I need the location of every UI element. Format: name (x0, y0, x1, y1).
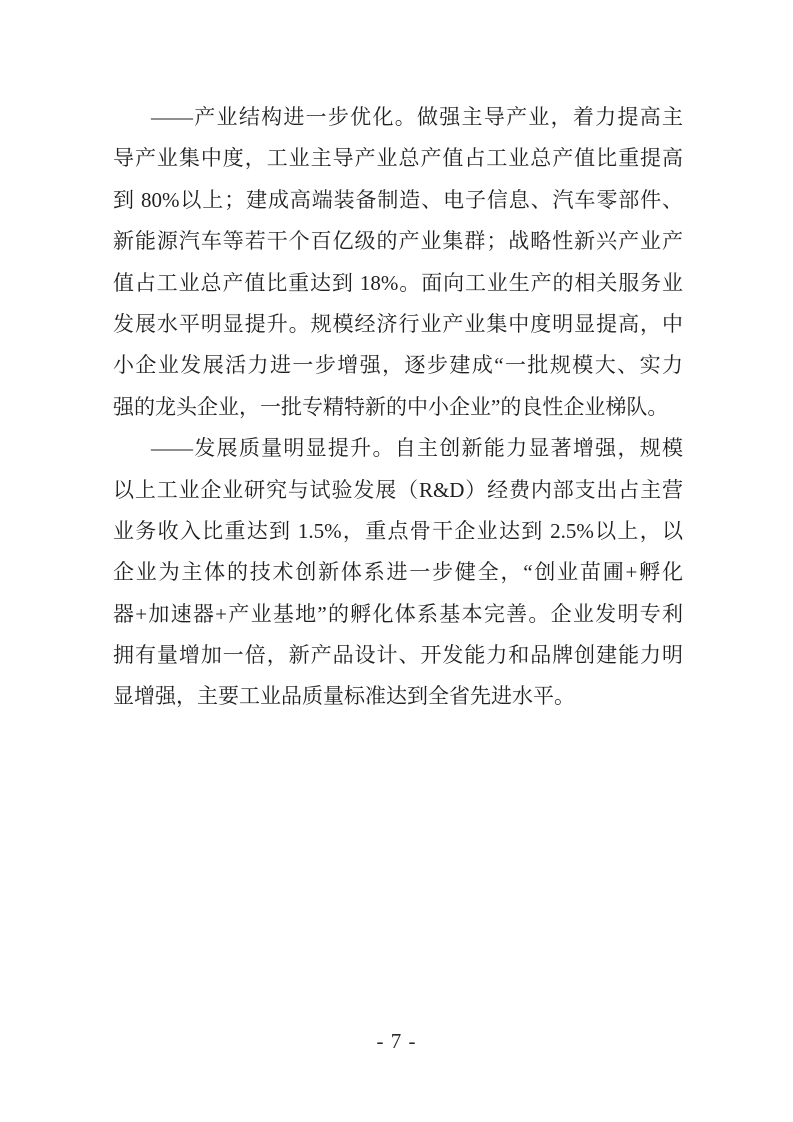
text-line: 显增强，主要工业品质量标准达到全省先进水平。 (113, 676, 683, 717)
text-line: 业务收入比重达到 1.5%，重点骨干企业达到 2.5%以上，以 (113, 511, 683, 552)
text-line: 以上工业企业研究与试验发展（R&D）经费内部支出占主营 (113, 470, 683, 511)
text-line: 器+加速器+产业基地”的孵化体系基本完善。企业发明专利 (113, 594, 683, 635)
text-line: 发展水平明显提升。规模经济行业产业集中度明显提高，中 (113, 304, 683, 345)
text-line: 新能源汽车等若干个百亿级的产业集群；战略性新兴产业产 (113, 221, 683, 262)
text-line: 小企业发展活力进一步增强，逐步建成“一批规模大、实力 (113, 345, 683, 386)
text-line: 导产业集中度，工业主导产业总产值占工业总产值比重提高 (113, 138, 683, 179)
text-line: ——发展质量明显提升。自主创新能力显著增强，规模 (113, 428, 683, 469)
page-number: - 7 - (0, 1026, 793, 1056)
text-line: 拥有量增加一倍，新产品设计、开发能力和品牌创建能力明 (113, 635, 683, 676)
text-line: 到 80%以上；建成高端装备制造、电子信息、汽车零部件、 (113, 180, 683, 221)
body-text: ——产业结构进一步优化。做强主导产业，着力提高主导产业集中度，工业主导产业总产值… (113, 97, 683, 718)
text-line: 值占工业总产值比重达到 18%。面向工业生产的相关服务业 (113, 263, 683, 304)
paragraph: ——产业结构进一步优化。做强主导产业，着力提高主导产业集中度，工业主导产业总产值… (113, 97, 683, 428)
text-line: 强的龙头企业，一批专精特新的中小企业”的良性企业梯队。 (113, 387, 683, 428)
document-page: ——产业结构进一步优化。做强主导产业，着力提高主导产业集中度，工业主导产业总产值… (0, 0, 793, 1122)
text-line: 企业为主体的技术创新体系进一步健全，“创业苗圃+孵化 (113, 552, 683, 593)
text-line: ——产业结构进一步优化。做强主导产业，着力提高主 (113, 97, 683, 138)
paragraph: ——发展质量明显提升。自主创新能力显著增强，规模以上工业企业研究与试验发展（R&… (113, 428, 683, 718)
